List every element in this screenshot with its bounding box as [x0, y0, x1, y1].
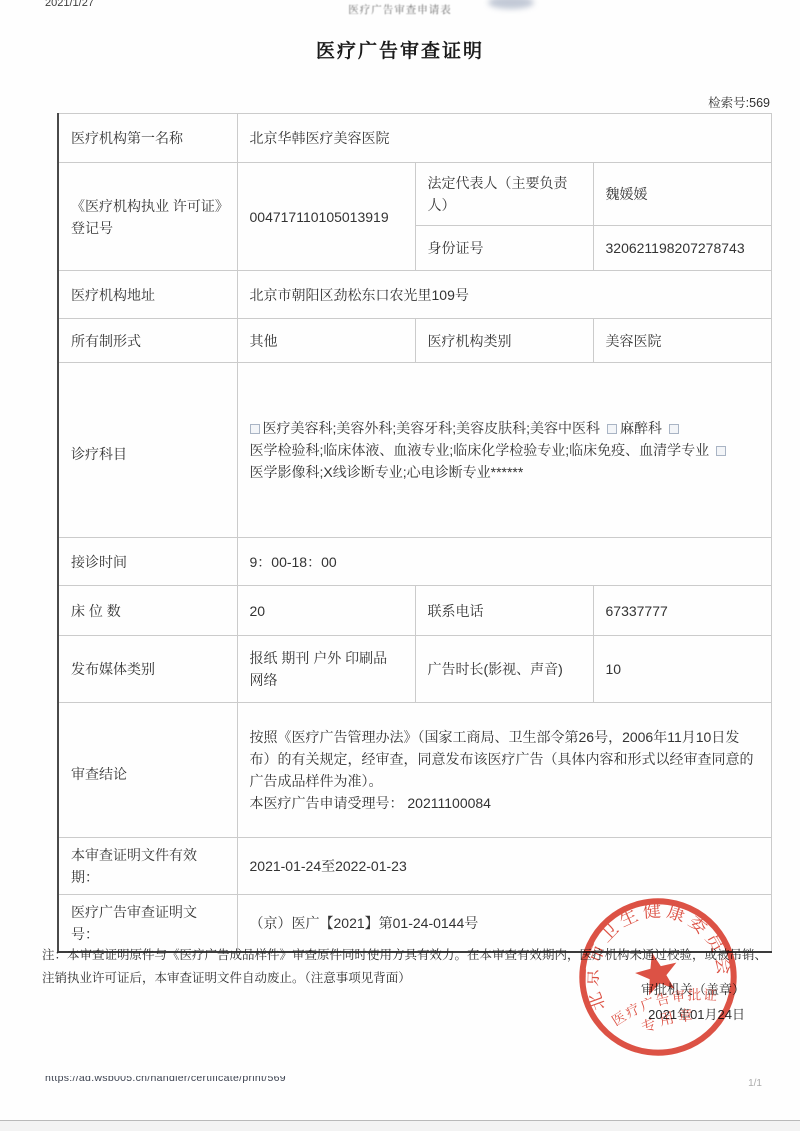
- media-label: 发布媒体类别: [58, 636, 237, 703]
- checkbox-placeholder-icon: [669, 424, 679, 434]
- media-value: 报纸 期刊 户外 印刷品 网络: [237, 636, 415, 703]
- validity-value: 2021-01-24至2022-01-23: [237, 838, 771, 895]
- checkbox-placeholder-icon: [250, 424, 260, 434]
- checkbox-placeholder-icon: [607, 424, 617, 434]
- conclusion-application-number: 本医疗广告申请受理号： 20211100084: [250, 792, 759, 814]
- departments-line3: 医学影像科;X线诊断专业;心电诊断专业******: [250, 461, 759, 483]
- duration-value: 10: [593, 636, 771, 703]
- table-row: 审查结论 按照《医疗广告管理办法》（国家工商局、卫生部令第26号，2006年11…: [58, 703, 771, 838]
- approval-date: 2021年01月24日: [0, 1004, 745, 1023]
- address-value: 北京市朝阳区劲松东口农光里109号: [237, 271, 771, 319]
- conclusion-value: 按照《医疗广告管理办法》（国家工商局、卫生部令第26号，2006年11月10日发…: [237, 703, 771, 838]
- id-label: 身份证号: [415, 226, 593, 271]
- validity-label: 本审查证明文件有效期：: [58, 838, 237, 895]
- table-row: 医疗机构地址 北京市朝阳区劲松东口农光里109号: [58, 271, 771, 319]
- ownership-label: 所有制形式: [58, 319, 237, 363]
- legal-rep-value: 魏媛媛: [593, 163, 771, 226]
- legal-rep-label: 法定代表人（主要负责人）: [415, 163, 593, 226]
- hours-value: 9：00-18：00: [237, 538, 771, 586]
- ownership-value: 其他: [237, 319, 415, 363]
- departments-label: 诊疗科目: [58, 363, 237, 538]
- category-value: 美容医院: [593, 319, 771, 363]
- index-number: 检索号:569: [57, 93, 770, 111]
- approval-authority-label: 审批机关（盖章）: [0, 979, 745, 998]
- scanned-certificate-page: 2021/1/27 医疗广告审查申请表 医疗广告审查证明 检索号:569 医疗机…: [0, 0, 800, 1131]
- print-header: 2021/1/27 医疗广告审查申请表: [0, 0, 800, 18]
- beds-label: 床 位 数: [58, 586, 237, 636]
- table-row: 医疗机构第一名称 北京华韩医疗美容医院: [58, 114, 771, 163]
- certificate-table: 医疗机构第一名称 北京华韩医疗美容医院 《医疗机构执业 许可证》登记号 0047…: [57, 113, 772, 953]
- departments-line2: 医学检验科;临床体液、血液专业;临床化学检验专业;临床免疫、血清学专业: [250, 439, 759, 461]
- departments-text: 麻醉科: [620, 420, 662, 436]
- print-footer-page-indicator: 1/1: [748, 1078, 762, 1089]
- org-name-label: 医疗机构第一名称: [58, 114, 237, 163]
- duration-label: 广告时长(影视、声音): [415, 636, 593, 703]
- table-row: 发布媒体类别 报纸 期刊 户外 印刷品 网络 广告时长(影视、声音) 10: [58, 636, 771, 703]
- hours-label: 接诊时间: [58, 538, 237, 586]
- table-row: 床 位 数 20 联系电话 67337777: [58, 586, 771, 636]
- departments-text: 医学检验科;临床体液、血液专业;临床化学检验专业;临床免疫、血清学专业: [250, 442, 710, 458]
- departments-line1: 医疗美容科;美容外科;美容牙科;美容皮肤科;美容中医科 麻醉科: [250, 417, 759, 439]
- table-row: 《医疗机构执业 许可证》登记号 004717110105013919 法定代表人…: [58, 163, 771, 226]
- scan-bottom-edge: [0, 1120, 800, 1131]
- phone-value: 67337777: [593, 586, 771, 636]
- id-number: 320621198207278743: [593, 226, 771, 271]
- address-label: 医疗机构地址: [58, 271, 237, 319]
- page-title: 医疗广告审查证明: [0, 36, 800, 63]
- category-label: 医疗机构类别: [415, 319, 593, 363]
- license-number: 004717110105013919: [237, 163, 415, 271]
- departments-text: 医学影像科;X线诊断专业;心电诊断专业******: [250, 464, 524, 480]
- print-footer-url: https://ad.wsb005.cn/handler/certificate…: [45, 1076, 286, 1087]
- departments-value: 医疗美容科;美容外科;美容牙科;美容皮肤科;美容中医科 麻醉科 医学检验科;临床…: [237, 363, 771, 538]
- checkbox-placeholder-icon: [716, 446, 726, 456]
- table-row: 所有制形式 其他 医疗机构类别 美容医院: [58, 319, 771, 363]
- phone-label: 联系电话: [415, 586, 593, 636]
- conclusion-label: 审查结论: [58, 703, 237, 838]
- table-row: 本审查证明文件有效期： 2021-01-24至2022-01-23: [58, 838, 771, 895]
- print-doc-name: 医疗广告审查申请表: [0, 2, 800, 17]
- conclusion-paragraph: 按照《医疗广告管理办法》（国家工商局、卫生部令第26号，2006年11月10日发…: [250, 726, 759, 792]
- table-row: 诊疗科目 医疗美容科;美容外科;美容牙科;美容皮肤科;美容中医科 麻醉科 医学检…: [58, 363, 771, 538]
- license-label: 《医疗机构执业 许可证》登记号: [58, 163, 237, 271]
- departments-text: 医疗美容科;美容外科;美容牙科;美容皮肤科;美容中医科: [263, 420, 601, 436]
- beds-value: 20: [237, 586, 415, 636]
- table-row: 接诊时间 9：00-18：00: [58, 538, 771, 586]
- org-name-value: 北京华韩医疗美容医院: [237, 114, 771, 163]
